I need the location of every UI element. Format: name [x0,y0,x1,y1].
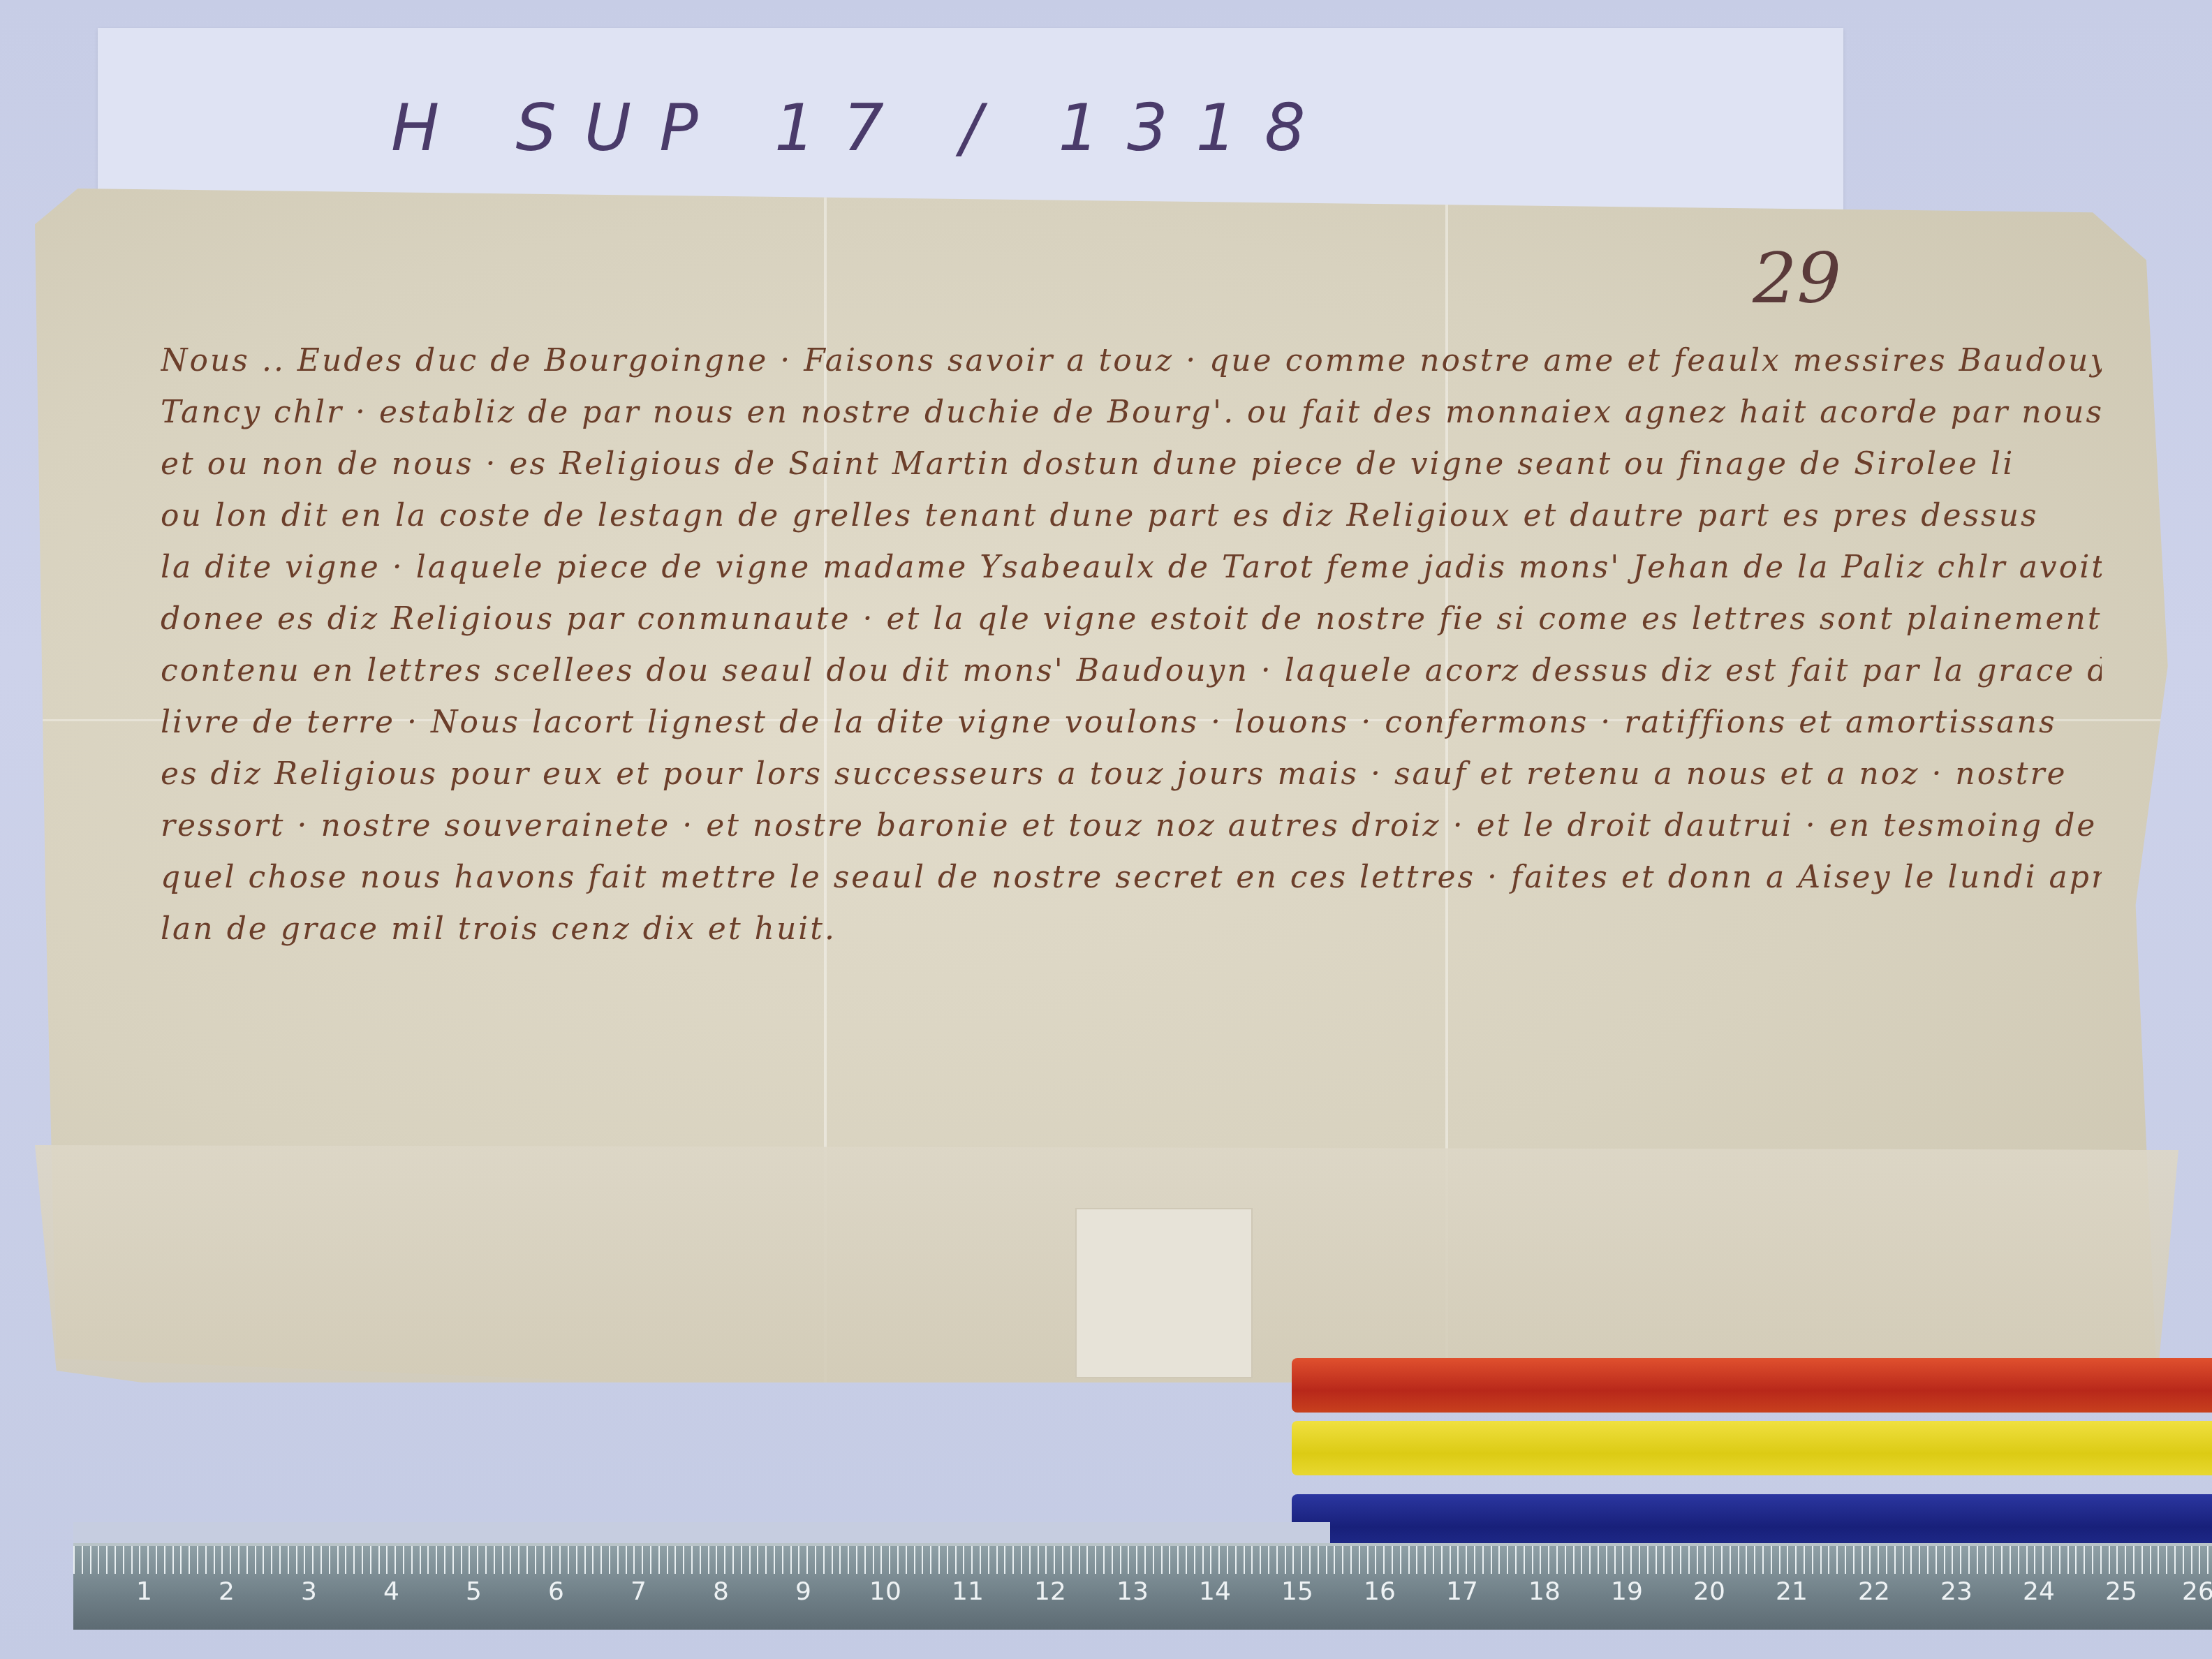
metal-ruler: 1 2 3 4 5 6 7 8 9 10 11 12 13 14 15 16 1… [73,1543,2212,1630]
charter-text: Nous .. Eudes duc de Bourgoingne · Faiso… [161,335,2102,955]
ruler-number: 2 [219,1577,235,1606]
ruler-number: 9 [795,1577,811,1606]
ruler-number: 5 [466,1577,482,1606]
charter-line: ou lon dit en la coste de lestagn de gre… [161,490,2102,542]
blue-pencil [1292,1494,2212,1549]
ruler-number: 24 [2023,1577,2055,1606]
charter-line: es diz Religious pour eux et pour lors s… [161,749,2102,800]
ruler-number: 4 [383,1577,399,1606]
ruler-number: 12 [1034,1577,1066,1606]
ruler-ticks [73,1546,2212,1574]
ruler-number: 14 [1199,1577,1231,1606]
ruler-number: 16 [1364,1577,1396,1606]
ruler-number: 20 [1693,1577,1725,1606]
yellow-pencil [1292,1421,2212,1475]
charter-line: Tancy chlr · establiz de par nous en nos… [161,387,2102,438]
charter-line: ressort · nostre souverainete · et nostr… [161,800,2102,852]
shelfmark-label: H SUP 17 / 1318 [391,91,1334,165]
marginal-number: 29 [1753,237,1841,319]
ruler-number: 10 [869,1577,901,1606]
charter-line: lan de grace mil trois cenz dix et huit. [161,904,2102,955]
ruler-number: 7 [631,1577,647,1606]
ruler-number: 17 [1446,1577,1478,1606]
charter-line: donee es diz Religious par conmunaute · … [161,593,2102,645]
charter-line: quel chose nous havons fait mettre le se… [161,852,2102,904]
ruler-number: 21 [1776,1577,1808,1606]
ruler-number: 19 [1611,1577,1643,1606]
ruler-number: 18 [1528,1577,1561,1606]
ruler-number: 11 [952,1577,984,1606]
ruler-number: 13 [1116,1577,1149,1606]
seal-tag [1075,1208,1253,1378]
ruler-number: 23 [1940,1577,1973,1606]
ruler-number: 1 [136,1577,152,1606]
ruler-number: 26 [2182,1577,2212,1606]
ruler-number: 3 [301,1577,317,1606]
charter-line: contenu en lettres scellees dou seaul do… [161,645,2102,697]
ruler-number: 15 [1281,1577,1313,1606]
charter-line: la dite vigne · laquele piece de vigne m… [161,542,2102,593]
ruler-number: 8 [713,1577,729,1606]
ruler-number: 22 [1858,1577,1890,1606]
charter-line: livre de terre · Nous lacort lignest de … [161,697,2102,749]
ruler-number: 25 [2105,1577,2137,1606]
charter-line: et ou non de nous · es Religious de Sain… [161,438,2102,490]
charter-line: Nous .. Eudes duc de Bourgoingne · Faiso… [161,335,2102,387]
ruler-number: 6 [548,1577,564,1606]
red-pencil [1292,1358,2212,1413]
